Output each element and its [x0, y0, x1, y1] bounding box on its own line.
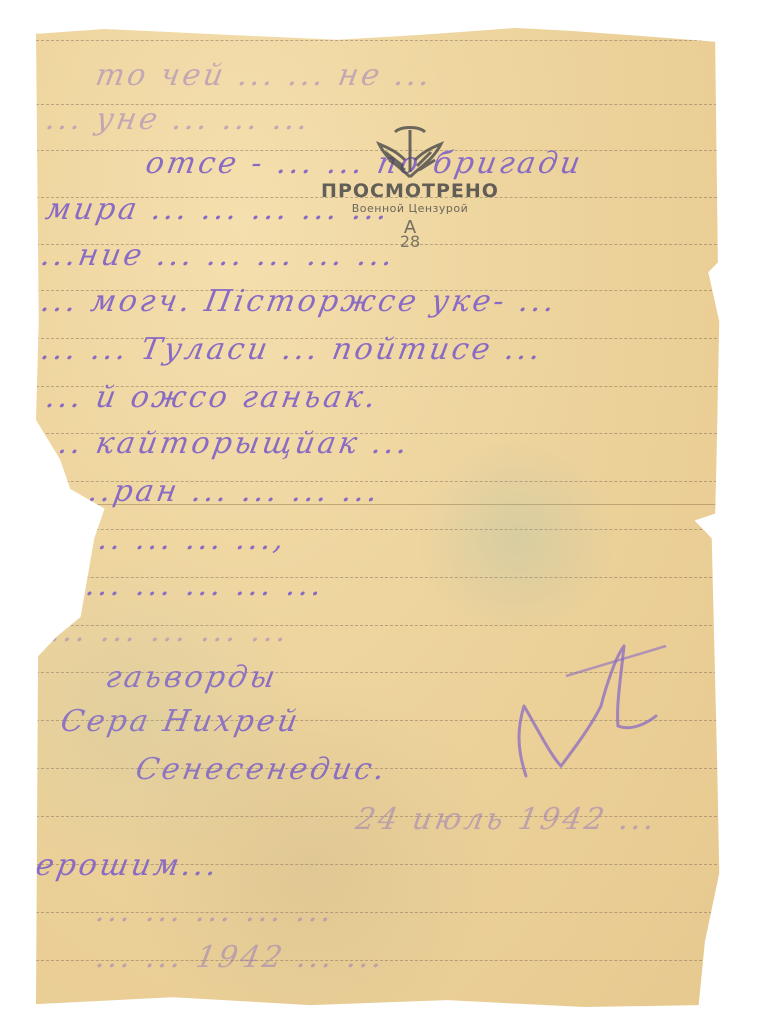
trailing-line: ерошим... [33, 848, 222, 883]
trailing-line: ... ... ... ... ... [93, 894, 337, 929]
trailing-line: ... ... 1942 ... ... [93, 940, 388, 975]
censor-stamp: ПРОСМОТРЕНО Военной Цензурой А 28 [300, 122, 520, 251]
letter-line: ... ... ... ..., [83, 522, 290, 557]
letter-line: ...ран ... ... ... ... [73, 474, 383, 509]
eagle-emblem-icon [375, 122, 445, 182]
stamp-number: 28 [300, 232, 520, 251]
letter-line: ... й ожсо ганьак. [43, 380, 381, 415]
letter-line: ... уне ... ... ... [43, 102, 314, 137]
letter-line: ... ... ... ... ... [48, 614, 292, 649]
letter-line: ... могч. Пісторжсе уке- ... [38, 284, 560, 319]
date-line: 24 июль 1942 ... [353, 802, 660, 837]
ruled-line [36, 40, 722, 41]
stamp-title: ПРОСМОТРЕНО [300, 180, 520, 202]
signature-scribble [506, 636, 676, 786]
letter-line: то чей ... ... не ... [93, 58, 435, 93]
closing-line-2: Сенесенедис. [133, 752, 390, 787]
closing-line-1: Сера Нихрей [58, 704, 303, 739]
stamp-subtitle: Военной Цензурой [300, 202, 520, 215]
letter-line: гаьворды [103, 660, 281, 695]
letter-line: ... кайторыщйак ... [43, 426, 413, 461]
letter-line: ... ... ... ... ... [83, 568, 327, 603]
letter-line: ... ... Туласи ... пойтисе ... [38, 332, 546, 367]
